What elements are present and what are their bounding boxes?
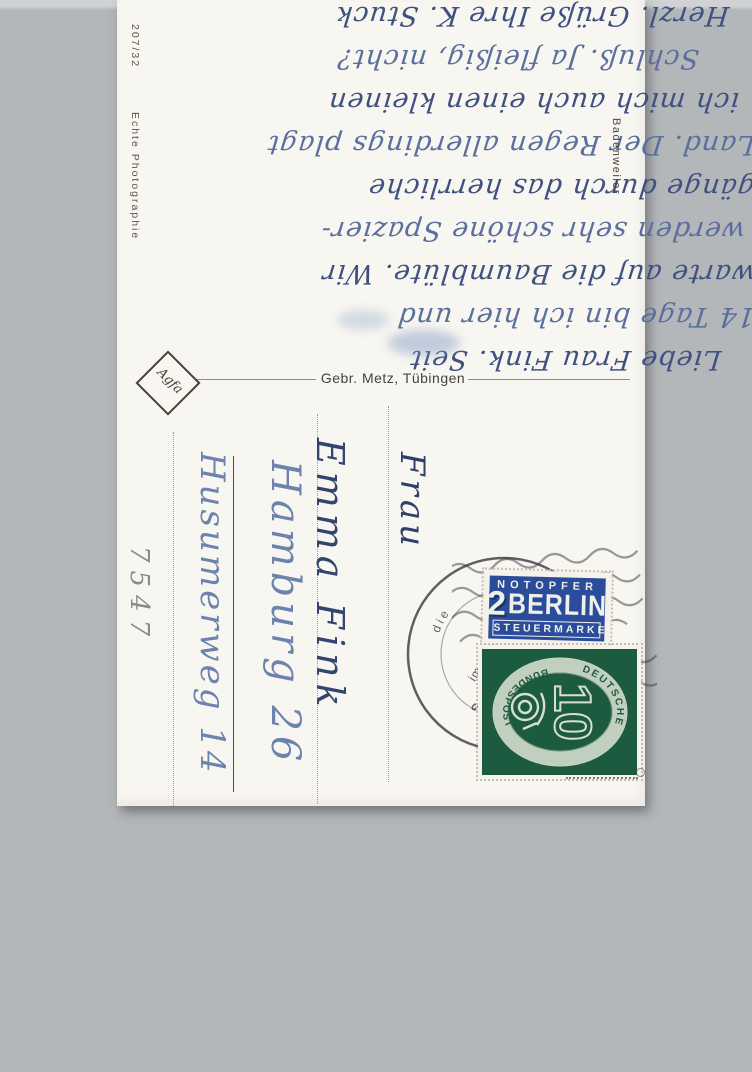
address-line-dotted <box>388 406 389 782</box>
photo-imprint: Echte Photographie <box>129 112 141 240</box>
message-line: gänge durch das herrliche <box>239 166 752 209</box>
ink-smudge <box>388 330 460 356</box>
message-line: 14 Tage bin ich hier und <box>239 295 752 338</box>
address-street: Husumerweg 14 <box>192 452 232 776</box>
message-line: Land. Der Regen allerdings plagt <box>239 123 752 166</box>
address-name: Emma Fink <box>308 438 352 713</box>
message-line: ich mich auch einen kleinen <box>239 80 752 123</box>
message-line: Liebe Frau Fink. Seit <box>239 338 752 381</box>
notopfer-stamp: NOTOPFER 2 BERLIN STEUERMARKE <box>482 569 612 647</box>
address-line-solid <box>233 456 234 792</box>
publisher-imprint: Gebr. Metz, Tübingen <box>318 370 468 386</box>
serial-number: 207/32 <box>129 24 141 68</box>
pencil-number: 7547 <box>124 546 154 644</box>
divider-line-left <box>192 379 316 380</box>
notopfer-digit: 2 <box>487 590 507 616</box>
ink-smudge <box>337 310 389 330</box>
message-line: Schluß. Ja fleißig, nicht? <box>239 37 752 80</box>
agfa-logo-text: Agfa <box>150 361 190 401</box>
notopfer-city: BERLIN <box>508 587 608 623</box>
left-edge-imprint: 207/32 Echte Photographie <box>129 24 141 240</box>
printers-mark <box>636 768 645 777</box>
message-line: Herzl. Grüße Ihre K. Stuck <box>239 0 752 37</box>
right-edge-imprint: Badenweiler <box>610 118 622 195</box>
posthorn-value: 10 <box>543 683 601 741</box>
address-city: Hamburg 26 <box>262 460 308 766</box>
message-line: warte auf die Baumblüte. Wir <box>239 252 752 295</box>
notopfer-stamp-panel: NOTOPFER 2 BERLIN STEUERMARKE <box>488 575 606 641</box>
postcard-scan: Liebe Frau Fink. Seit 14 Tage bin ich hi… <box>0 0 752 1072</box>
address-line-dotted <box>173 432 174 806</box>
posthorn-stamp: DEUTSCHE BUNDESPOST 10 <box>478 645 641 779</box>
stamp-perforation-dots <box>566 777 638 779</box>
posthorn-stamp-art: DEUTSCHE BUNDESPOST 10 <box>478 645 641 779</box>
posthorn-stamp-design: DEUTSCHE BUNDESPOST 10 <box>478 645 641 779</box>
handwritten-message: Liebe Frau Fink. Seit 14 Tage bin ich hi… <box>241 0 752 381</box>
divider-line-right <box>468 379 630 380</box>
message-line: werden sehr schöne Spazier- <box>239 209 752 252</box>
